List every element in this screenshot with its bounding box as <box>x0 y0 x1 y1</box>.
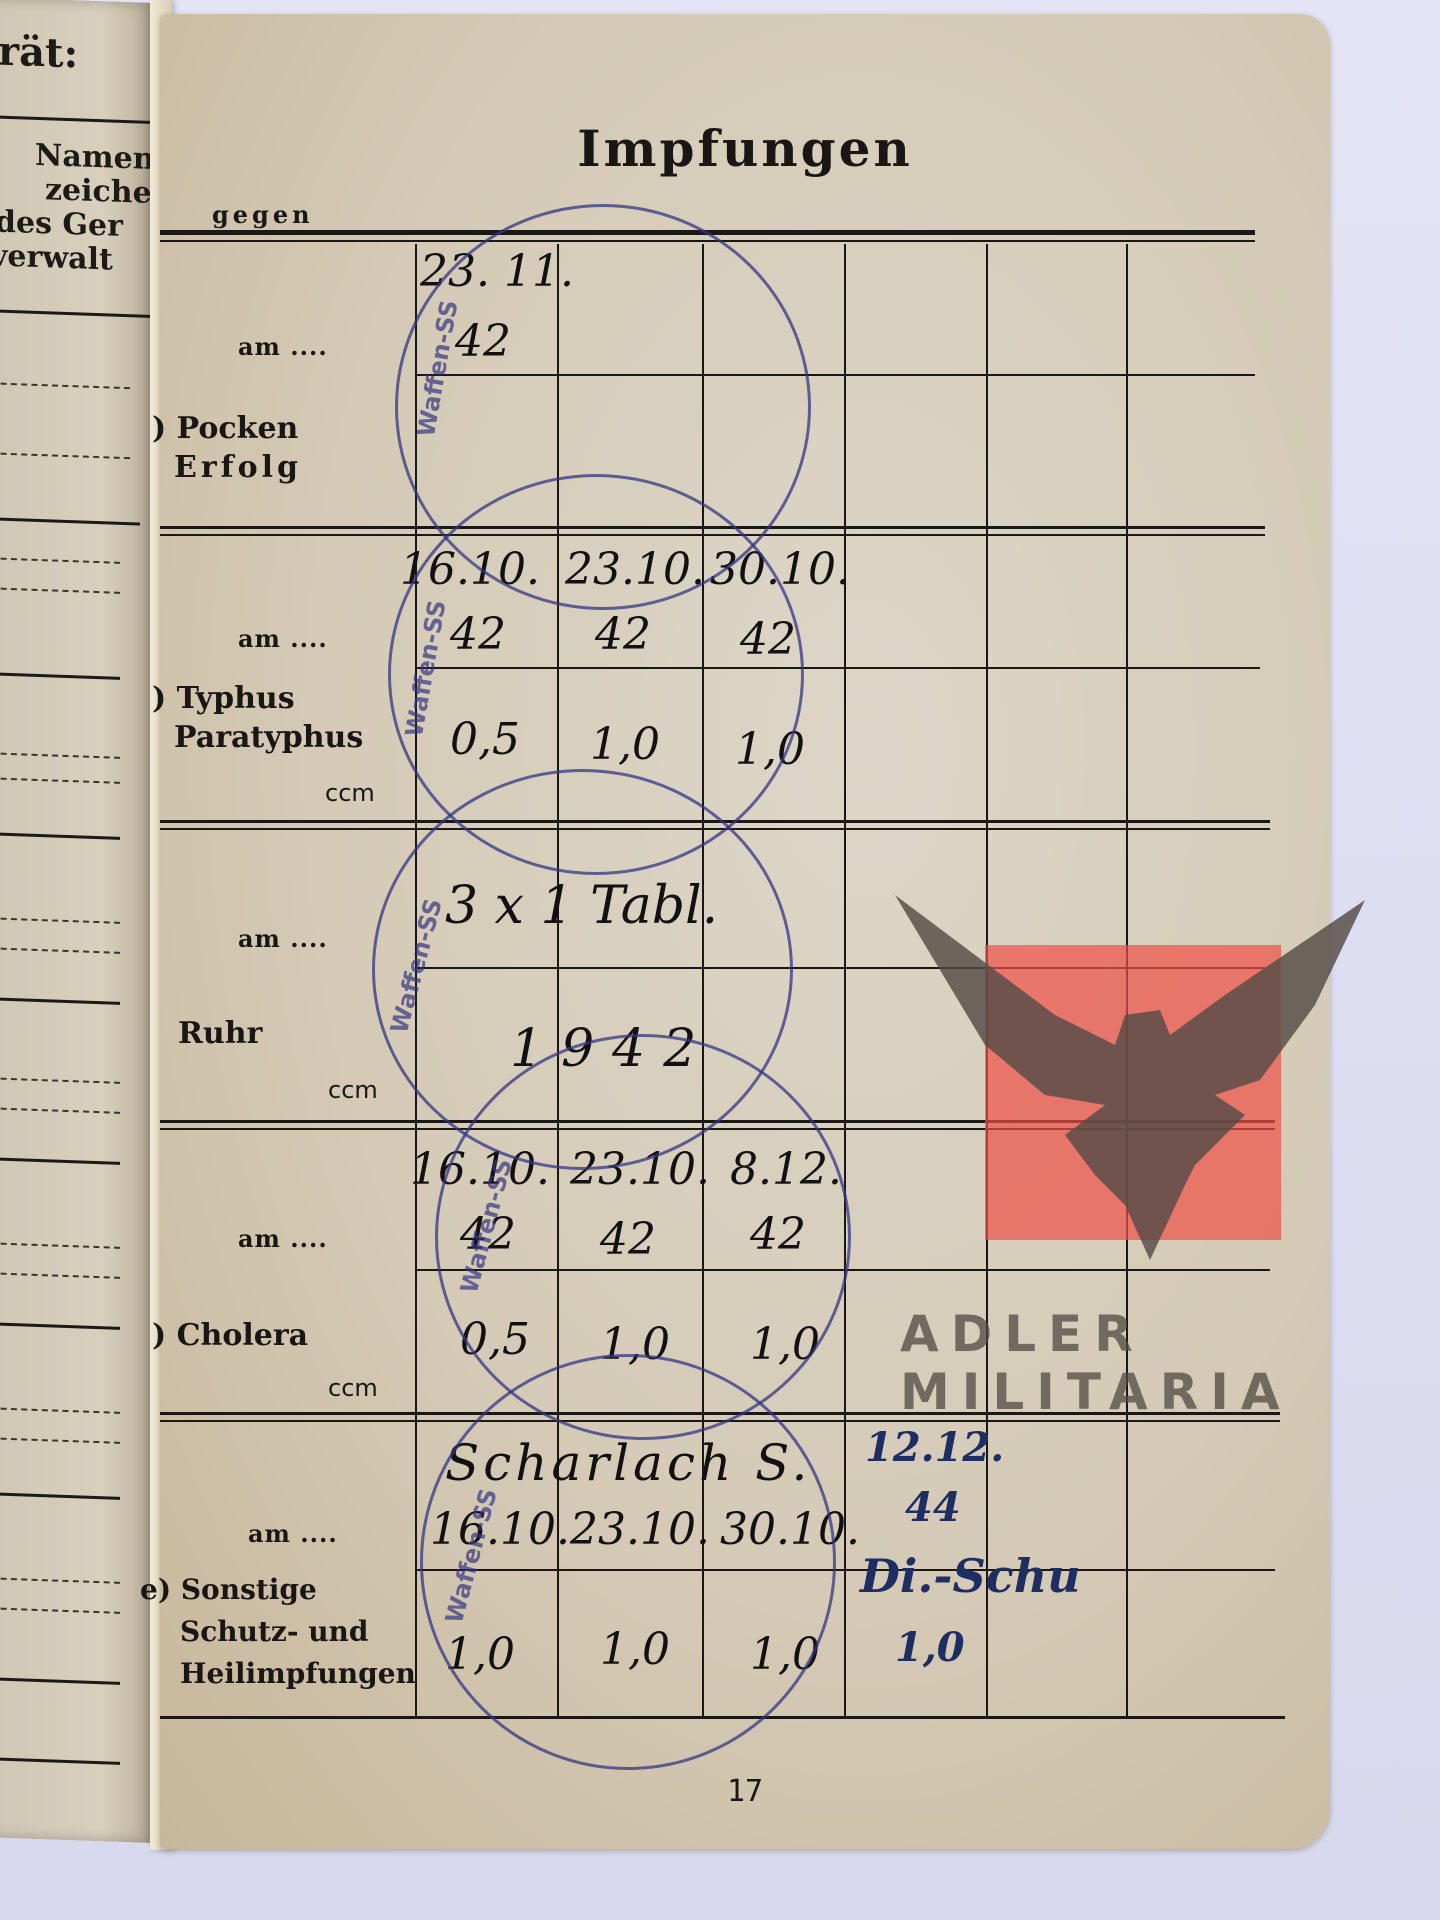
am-label: am .... <box>238 624 328 653</box>
row-label-ruhr: Ruhr <box>178 1014 262 1053</box>
left-page-dotted-line <box>0 1407 120 1414</box>
left-page-rule <box>0 997 120 1005</box>
left-page-rule <box>0 1492 120 1500</box>
label-line: Paratyphus <box>174 720 363 755</box>
handwritten-year-blue: 44 <box>905 1484 961 1531</box>
eagle-watermark-icon <box>895 895 1365 1260</box>
row-label-sonstige: e) Sonstige Schutz- und Heilimpfungen <box>140 1569 416 1695</box>
left-page-rule <box>0 1157 120 1165</box>
left-page-dotted-line <box>0 1272 120 1279</box>
left-page-dotted-line <box>0 947 120 954</box>
handwritten-vaccine-blue: Di.-Schu <box>860 1549 1081 1603</box>
left-page-dotted-line <box>0 1607 120 1614</box>
ccm-label: ccm <box>328 1374 378 1402</box>
left-page-dotted-line <box>0 1577 120 1584</box>
left-page-dotted-line <box>0 452 130 459</box>
label-line: Ruhr <box>178 1016 262 1051</box>
am-label: am .... <box>238 924 328 953</box>
left-page-dotted-line <box>0 917 120 924</box>
label-line: Sonstige <box>181 1573 317 1606</box>
label-line: Pocken <box>177 411 299 446</box>
row-label-pocken: ) Pocken Erfolg <box>152 409 302 487</box>
column-line <box>844 244 846 1719</box>
watermark-text: ADLER MILITARIA <box>900 1305 1440 1421</box>
left-page-dotted-line <box>0 557 120 564</box>
page-title: Impfungen <box>160 119 1330 178</box>
label-prefix: ) <box>152 411 166 446</box>
am-label: am .... <box>238 1224 328 1253</box>
page-number: 17 <box>160 1774 1330 1809</box>
label-line: Erfolg <box>174 450 302 485</box>
left-page-rule <box>0 672 120 680</box>
label-prefix: e) <box>140 1573 171 1606</box>
label-line: Heilimpfungen <box>180 1657 416 1690</box>
left-page-rule <box>0 832 120 840</box>
left-page-dotted-line <box>0 777 120 784</box>
label-line: Schutz- und <box>180 1615 368 1648</box>
left-page-rule <box>0 1322 120 1330</box>
left-page-dotted-line <box>0 587 120 594</box>
left-page-dotted-line <box>0 1242 120 1249</box>
label-line: Cholera <box>177 1318 308 1353</box>
left-page-rule <box>0 517 140 526</box>
row-label-cholera: ) Cholera <box>152 1316 308 1355</box>
left-page-heading: rät: <box>0 28 78 78</box>
label-line: Typhus <box>177 681 295 716</box>
column-label-gegen: gegen <box>212 200 314 229</box>
am-label: am .... <box>238 332 328 361</box>
left-page-rule <box>0 309 150 318</box>
left-page-dotted-line <box>0 382 130 389</box>
left-page-rule <box>0 115 155 124</box>
row-label-typhus: ) Typhus Paratyphus <box>152 679 363 757</box>
left-page-rule <box>0 1757 120 1765</box>
left-page-dotted-line <box>0 1107 120 1114</box>
left-page-dotted-line <box>0 1077 120 1084</box>
label-prefix: ) <box>152 1318 166 1353</box>
left-page: rät: Namen zeichen des Ger verwalt <box>0 0 155 1843</box>
header-line: verwalt <box>0 239 174 279</box>
handwritten-date-blue: 12.12. <box>865 1424 1004 1471</box>
left-page-dotted-line <box>0 752 120 759</box>
left-page-rule <box>0 1677 120 1685</box>
handwritten-dose-blue: 1,0 <box>895 1624 965 1671</box>
ccm-label: ccm <box>328 1076 378 1104</box>
left-page-dotted-line <box>0 1437 120 1444</box>
ccm-label: ccm <box>325 779 375 807</box>
am-label: am .... <box>248 1519 338 1548</box>
label-prefix: ) <box>152 681 166 716</box>
